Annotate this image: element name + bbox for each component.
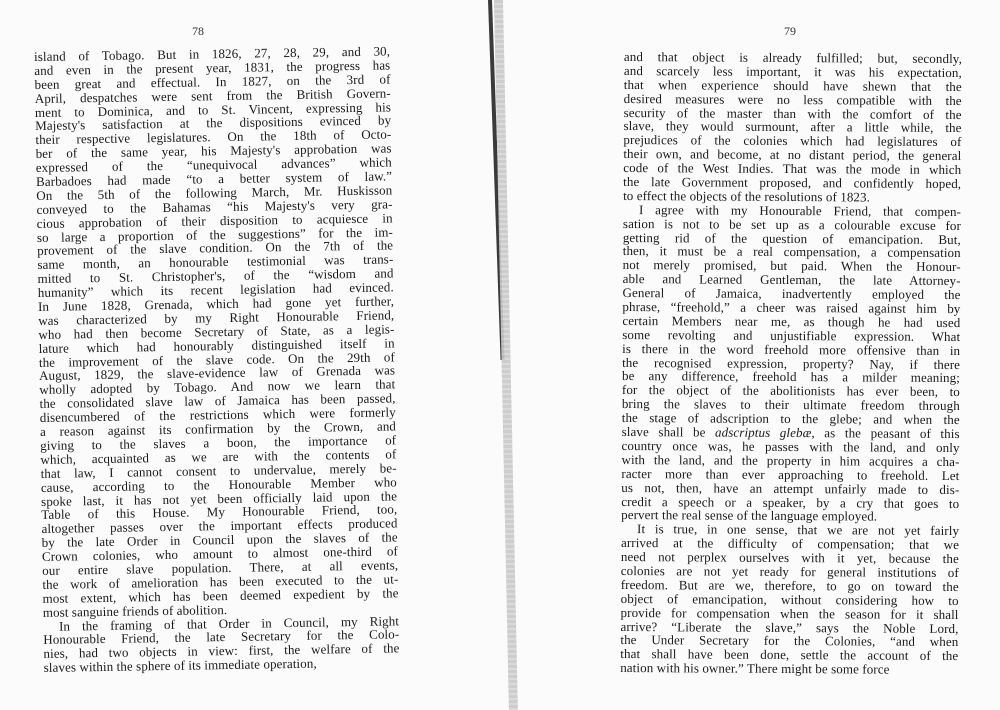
page-text: and that object is already fulfilled; bu… bbox=[620, 50, 962, 677]
page-text: island of Tobago. But in 1826, 27, 28, 2… bbox=[34, 44, 400, 675]
page-number: 79 bbox=[784, 24, 796, 39]
text-line: slaves within the sphere of its immediat… bbox=[44, 656, 400, 675]
right-page: 79 and that object is already fulfilled;… bbox=[500, 0, 1000, 710]
left-page: 78 island of Tobago. But in 1826, 27, 28… bbox=[0, 0, 490, 710]
page-number: 78 bbox=[192, 24, 204, 39]
text-line: nation with his owner.” There might be s… bbox=[620, 661, 958, 677]
